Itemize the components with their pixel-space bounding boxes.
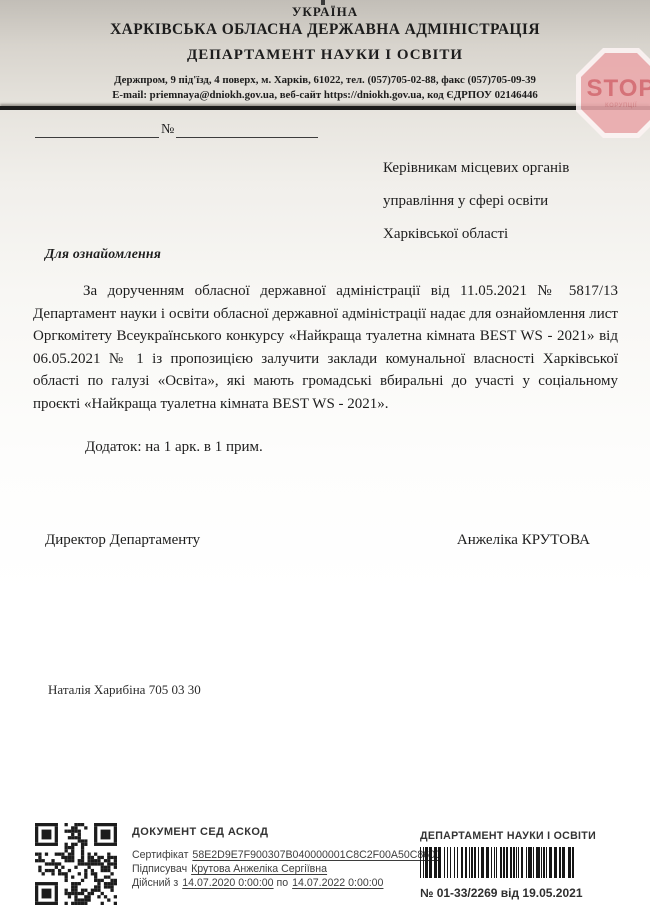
stamp-department-title: ДЕПАРТАМЕНТ НАУКИ І ОСВІТИ bbox=[420, 830, 620, 842]
signer-name: Анжеліка КРУТОВА bbox=[457, 532, 590, 549]
attachment-line: Додаток: на 1 арк. в 1 прим. bbox=[85, 439, 263, 456]
reference-number-row: № bbox=[35, 122, 318, 138]
number-sign: № bbox=[159, 122, 176, 137]
stop-word: STOP bbox=[587, 77, 650, 101]
signer-value: Крутова Анжеліка Сергіївна bbox=[191, 863, 327, 875]
valid-from-label: Дійсний з bbox=[132, 877, 178, 889]
certificate-line: Сертифікат58E2D9E7F900307B040000001C8C2F… bbox=[132, 848, 422, 862]
scanned-letter-page: УКРАЇНА ХАРКІВСЬКА ОБЛАСНА ДЕРЖАВНА АДМІ… bbox=[0, 0, 650, 918]
addressee-line: управління у сфері освіти bbox=[383, 185, 613, 218]
letterhead-country: УКРАЇНА bbox=[0, 4, 650, 20]
valid-from-value: 14.07.2020 0:00:00 bbox=[182, 877, 273, 889]
signer-line: ПідписувачКрутова Анжеліка Сергіївна bbox=[132, 862, 422, 876]
executor-contact: Наталія Харибіна 705 03 30 bbox=[48, 682, 201, 698]
stop-subtext: КОРУПЦІЇ bbox=[605, 103, 637, 109]
addressee-line: Харківської області bbox=[383, 218, 613, 251]
registration-stamp: ДЕПАРТАМЕНТ НАУКИ І ОСВІТИ № 01-33/2269 … bbox=[420, 830, 620, 900]
signer-position: Директор Департаменту bbox=[45, 532, 200, 549]
letterhead-divider-rule bbox=[0, 106, 650, 110]
letterhead-contacts-line: E-mail: priemnaya@dniokh.gov.ua, веб-сай… bbox=[0, 89, 650, 101]
validity-line: Дійсний з14.07.2020 0:00:00 по14.07.2022… bbox=[132, 876, 422, 890]
certificate-value: 58E2D9E7F900307B040000001C8C2F00A50C8600 bbox=[192, 849, 441, 861]
letterhead-address-line: Держпром, 9 під'їзд, 4 поверх, м. Харків… bbox=[0, 74, 650, 86]
number-blank-line bbox=[176, 122, 318, 138]
date-blank-line bbox=[35, 122, 159, 138]
for-information-note: Для ознайомлення bbox=[45, 246, 161, 262]
sed-system-title: ДОКУМЕНТ СЕД АСКОД bbox=[132, 826, 422, 838]
addressee-line: Керівникам місцевих органів bbox=[383, 152, 613, 185]
registration-barcode bbox=[420, 847, 578, 878]
registration-number: № 01-33/2269 від 19.05.2021 bbox=[420, 886, 620, 900]
certificate-label: Сертифікат bbox=[132, 849, 188, 861]
stop-corruption-watermark: STOP КОРУПЦІЇ bbox=[576, 48, 650, 138]
letter-body-paragraph: За дорученням обласної державної адмініс… bbox=[33, 280, 618, 416]
valid-to-label: по bbox=[277, 877, 289, 889]
signer-label: Підписувач bbox=[132, 863, 187, 875]
addressee-block: Керівникам місцевих органів управління у… bbox=[383, 152, 613, 251]
letterhead-organization: ХАРКІВСЬКА ОБЛАСНА ДЕРЖАВНА АДМІНІСТРАЦІ… bbox=[0, 21, 650, 39]
valid-to-value: 14.07.2022 0:00:00 bbox=[292, 877, 383, 889]
letterhead-department: ДЕПАРТАМЕНТ НАУКИ І ОСВІТИ bbox=[0, 47, 650, 64]
esignature-stamp-block: ДОКУМЕНТ СЕД АСКОД Сертифікат58E2D9E7F90… bbox=[35, 818, 625, 913]
certificate-info: ДОКУМЕНТ СЕД АСКОД Сертифікат58E2D9E7F90… bbox=[132, 826, 422, 890]
signature-row: Директор Департаменту Анжеліка КРУТОВА bbox=[45, 532, 590, 549]
qr-code bbox=[35, 822, 117, 906]
